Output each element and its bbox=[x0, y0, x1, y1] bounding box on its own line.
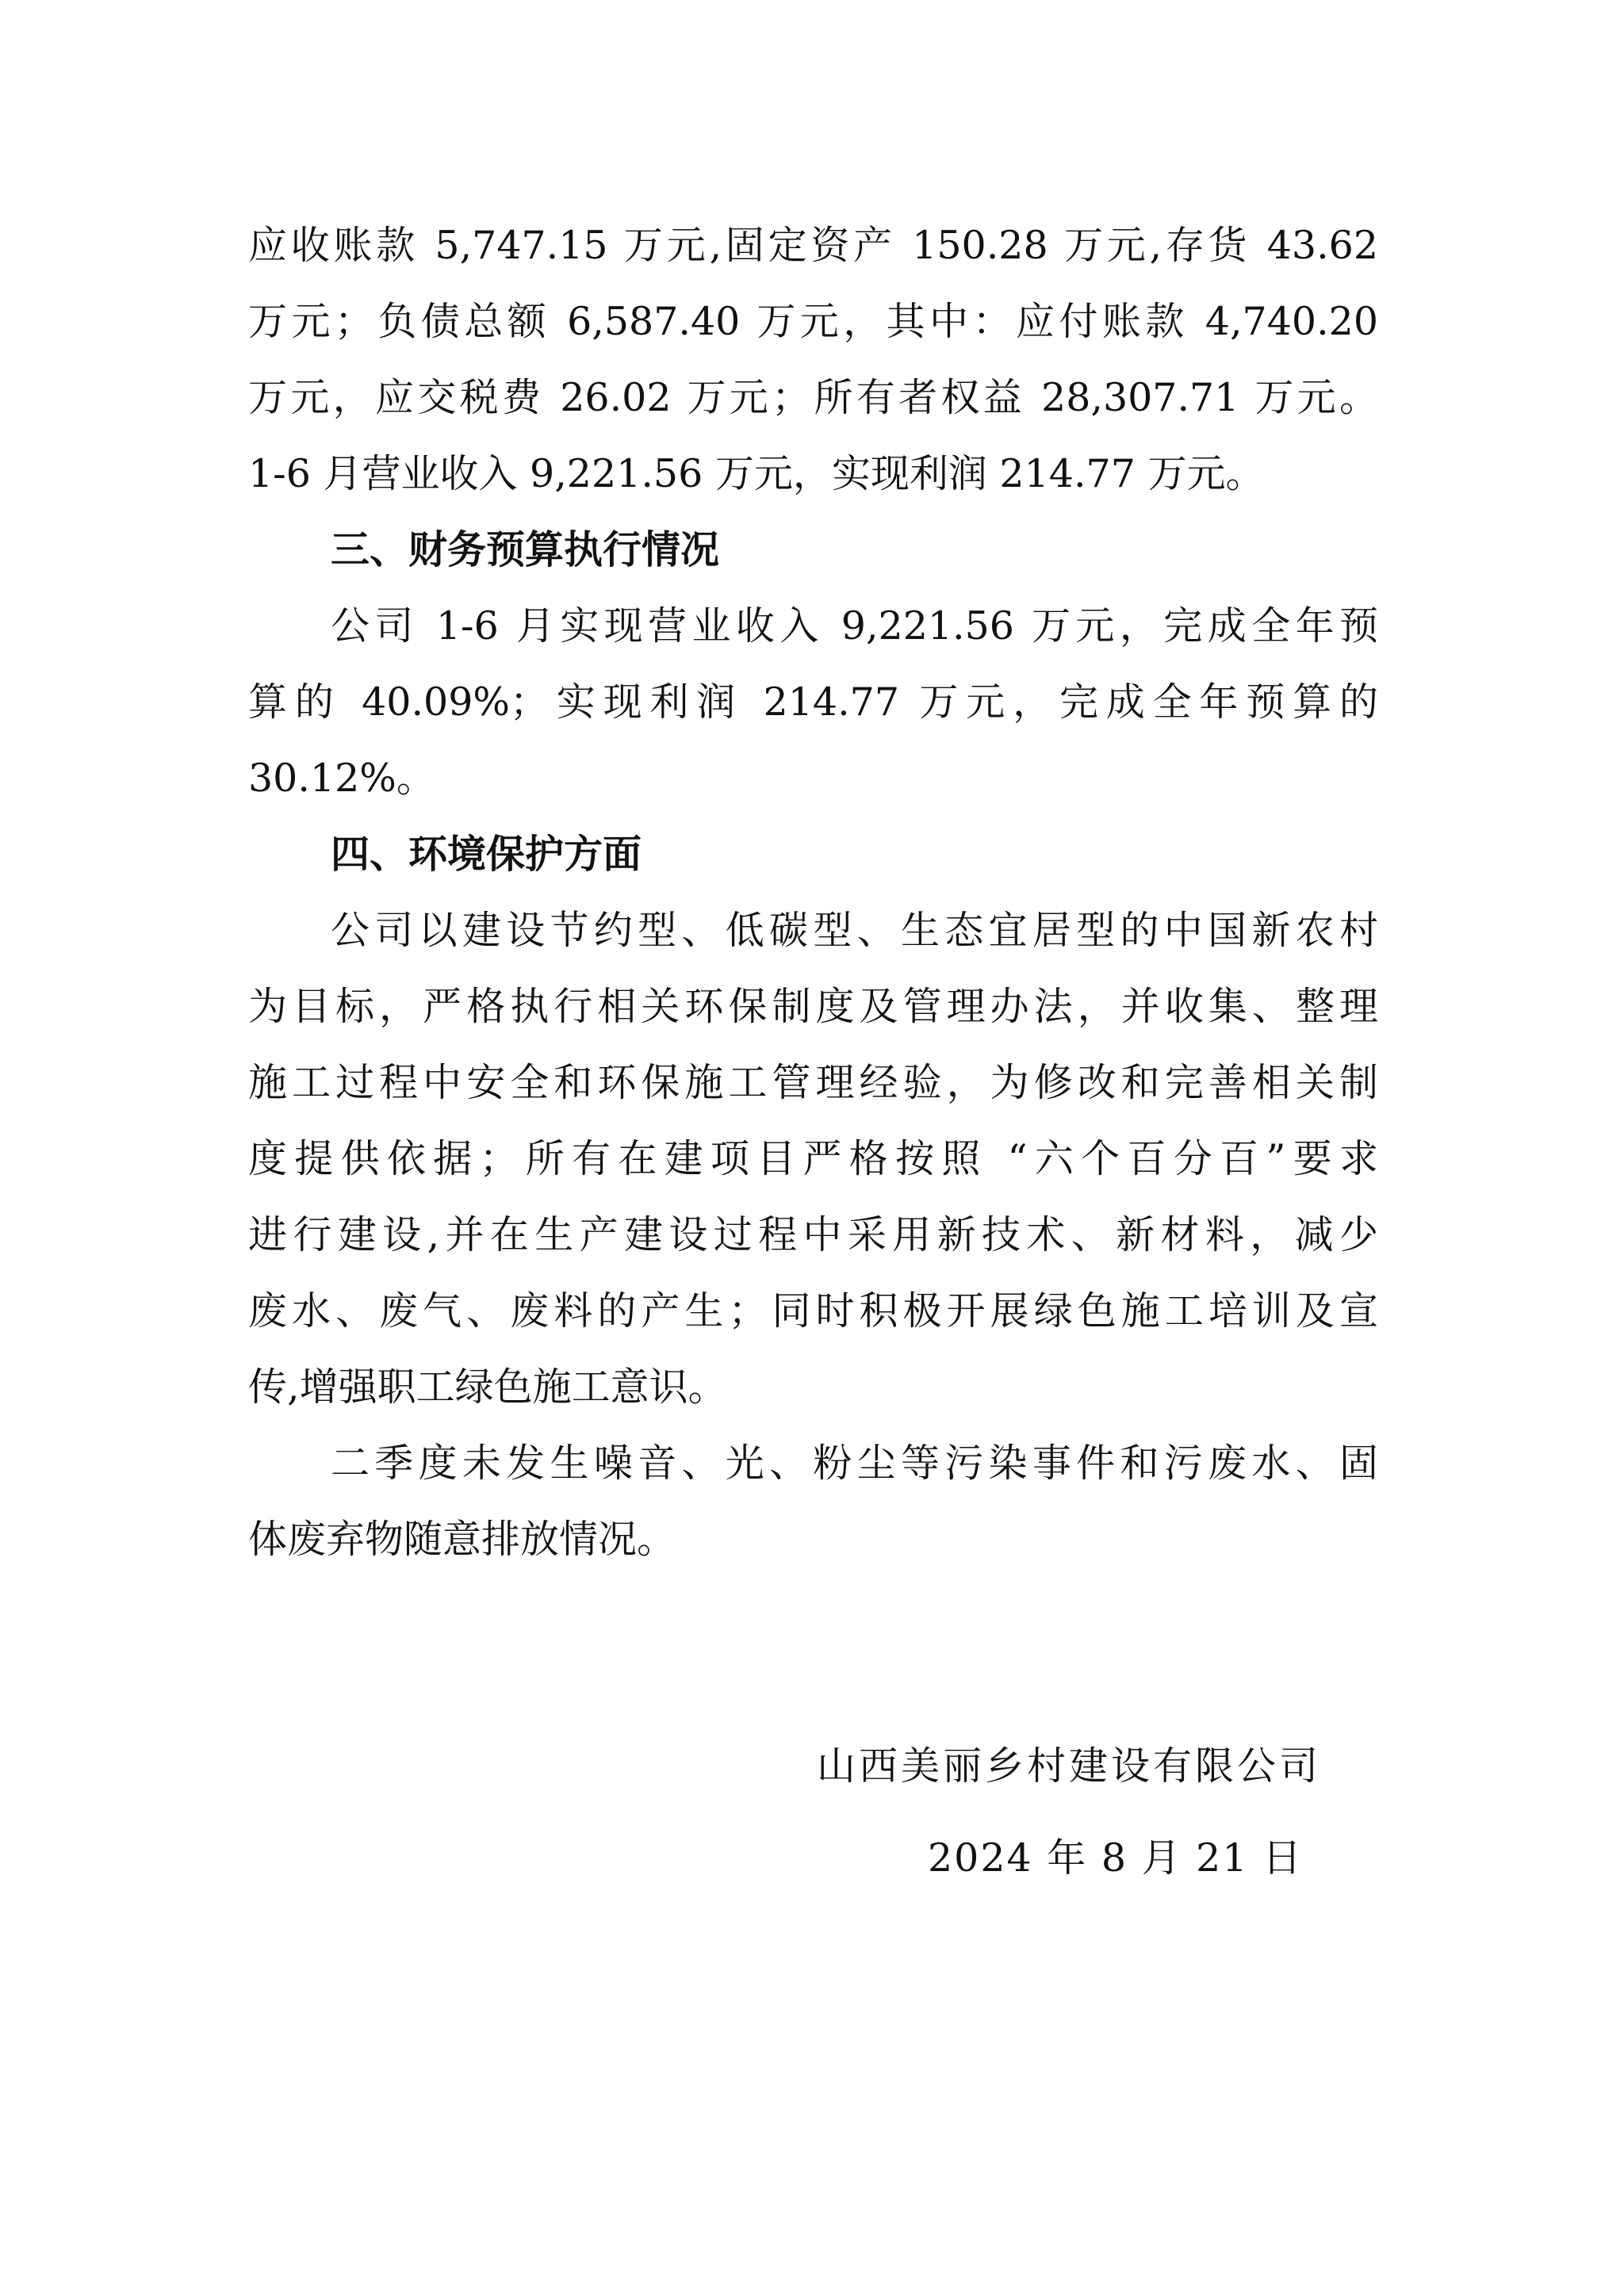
paragraph-line: 二季度未发生噪音、光、粉尘等污染事件和污废水、固 bbox=[248, 1425, 1378, 1502]
paragraph-line: 万元，应交税费 26.02 万元；所有者权益 28,307.71 万元。 bbox=[248, 360, 1378, 436]
paragraph-line: 算的 40.09%；实现利润 214.77 万元，完成全年预算的 bbox=[248, 664, 1378, 740]
paragraph-line: 度提供依据；所有在建项目严格按照 “六个百分百”要求 bbox=[248, 1121, 1378, 1197]
signature-block: 山西美丽乡村建设有限公司 2024 年 8 月 21 日 bbox=[817, 1720, 1372, 1904]
section-heading: 四、环境保护方面 bbox=[248, 817, 1378, 893]
paragraph-line: 施工过程中安全和环保施工管理经验，为修改和完善相关制 bbox=[248, 1045, 1378, 1121]
paragraph-line: 万元；负债总额 6,587.40 万元，其中：应付账款 4,740.20 bbox=[248, 284, 1378, 360]
document-page: 应收账款 5,747.15 万元,固定资产 150.28 万元,存货 43.62… bbox=[0, 0, 1624, 2296]
paragraph-line: 废水、废气、废料的产生；同时积极开展绿色施工培训及宣 bbox=[248, 1273, 1378, 1349]
paragraph-line: 公司 1-6 月实现营业收入 9,221.56 万元，完成全年预 bbox=[248, 588, 1378, 664]
paragraph-line: 传,增强职工绿色施工意识。 bbox=[248, 1349, 1378, 1425]
paragraph-line: 应收账款 5,747.15 万元,固定资产 150.28 万元,存货 43.62 bbox=[248, 208, 1378, 284]
document-body: 应收账款 5,747.15 万元,固定资产 150.28 万元,存货 43.62… bbox=[248, 208, 1378, 1578]
company-name: 山西美丽乡村建设有限公司 bbox=[817, 1720, 1372, 1812]
section-heading: 三、财务预算执行情况 bbox=[248, 512, 1378, 588]
paragraph-line: 体废弃物随意排放情况。 bbox=[248, 1502, 1378, 1578]
signature-date: 2024 年 8 月 21 日 bbox=[817, 1812, 1372, 1904]
paragraph-line: 1-6 月营业收入 9,221.56 万元，实现利润 214.77 万元。 bbox=[248, 436, 1378, 512]
financial-summary-paragraph: 应收账款 5,747.15 万元,固定资产 150.28 万元,存货 43.62… bbox=[248, 208, 1378, 512]
paragraph-line: 公司以建设节约型、低碳型、生态宜居型的中国新农村 bbox=[248, 893, 1378, 969]
paragraph-line: 30.12%。 bbox=[248, 740, 1378, 817]
section-environmental-protection: 四、环境保护方面 公司以建设节约型、低碳型、生态宜居型的中国新农村 为目标，严格… bbox=[248, 817, 1378, 1578]
paragraph-line: 为目标，严格执行相关环保制度及管理办法，并收集、整理 bbox=[248, 969, 1378, 1045]
paragraph-line: 进行建设,并在生产建设过程中采用新技术、新材料，减少 bbox=[248, 1197, 1378, 1273]
section-budget-execution: 三、财务预算执行情况 公司 1-6 月实现营业收入 9,221.56 万元，完成… bbox=[248, 512, 1378, 817]
